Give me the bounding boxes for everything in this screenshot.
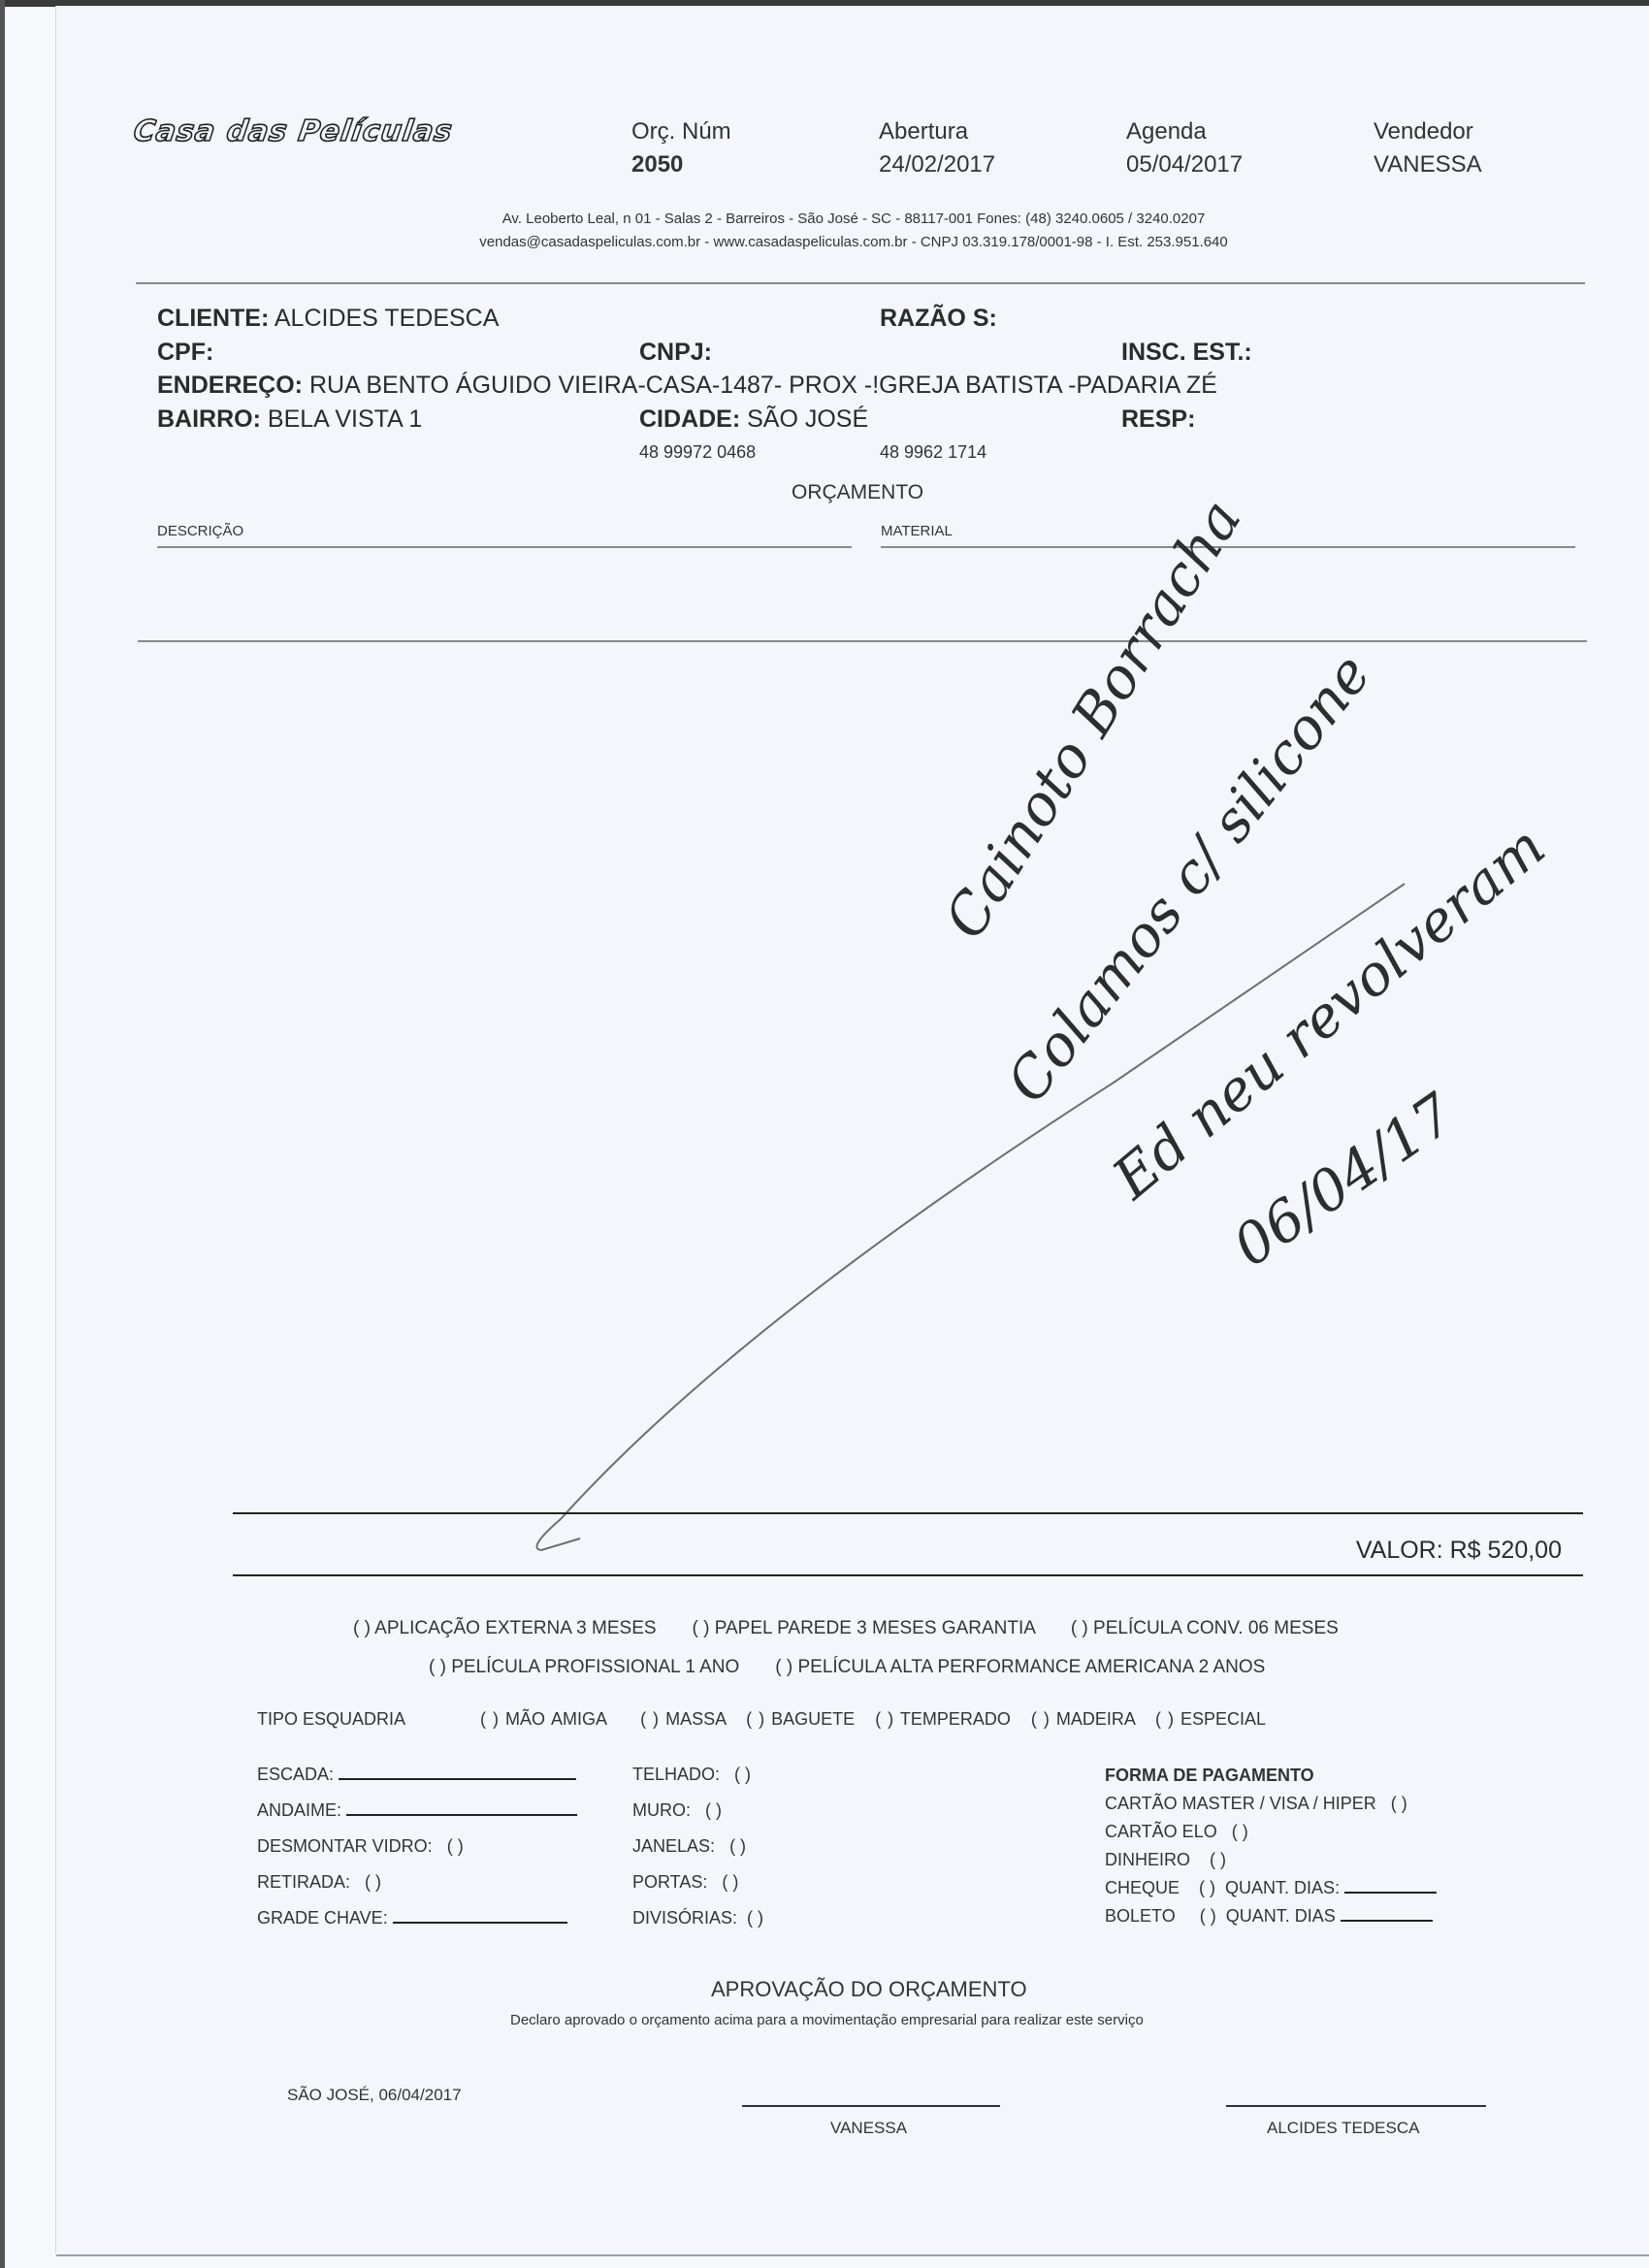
material-label: MATERIAL xyxy=(881,523,953,539)
cnpj-field: CNPJ: xyxy=(639,339,712,367)
valor-bottom-line xyxy=(233,1574,1583,1576)
desmontar-vidro-checkbox[interactable]: ( ) xyxy=(447,1836,464,1856)
resp-field: RESP: xyxy=(1121,405,1195,434)
checkbox-icon[interactable]: ( ) xyxy=(353,1618,371,1638)
service-option[interactable]: ( ) PELÍCULA ALTA PERFORMANCE AMERICANA … xyxy=(775,1657,1265,1677)
valor-amount: R$ 520,00 xyxy=(1450,1537,1562,1564)
telhado-checkbox[interactable]: ( ) xyxy=(734,1765,751,1784)
service-option[interactable]: ( ) PELÍCULA CONV. 06 MESES xyxy=(1071,1618,1339,1638)
checkbox-icon[interactable]: ( ) xyxy=(1391,1794,1407,1813)
divisorias-checkbox[interactable]: ( ) xyxy=(747,1908,763,1928)
checkbox-icon[interactable]: ( ) xyxy=(429,1657,446,1677)
desmontar-vidro-field: DESMONTAR VIDRO: ( ) xyxy=(257,1836,464,1857)
muro-checkbox[interactable]: ( ) xyxy=(705,1800,722,1820)
company-contact: vendas@casadaspeliculas.com.br - www.cas… xyxy=(369,234,1339,250)
cpf-field: CPF: xyxy=(157,339,213,367)
esquadria-option[interactable]: ( ) BAGUETE xyxy=(746,1709,855,1729)
insc-est-field: INSC. EST.: xyxy=(1121,339,1252,367)
descricao-label: DESCRIÇÃO xyxy=(157,523,243,539)
grade-chave-input[interactable] xyxy=(393,1908,567,1924)
company-address: Av. Leoberto Leal, n 01 - Salas 2 - Barr… xyxy=(369,211,1339,227)
esquadria-option[interactable]: ( ) ESPECIAL xyxy=(1155,1709,1266,1729)
agenda-value: 05/04/2017 xyxy=(1126,151,1243,178)
checkbox-icon[interactable]: ( ) xyxy=(775,1657,792,1677)
abertura-value: 24/02/2017 xyxy=(879,151,995,178)
budget-title: ORÇAMENTO xyxy=(792,481,923,504)
payment-option-cheque[interactable]: CHEQUE ( ) QUANT. DIAS: xyxy=(1105,1878,1437,1898)
client-signer-name: ALCIDES TEDESCA xyxy=(1267,2119,1419,2138)
checkbox-icon[interactable]: ( ) xyxy=(1200,1906,1216,1926)
service-option[interactable]: ( ) PELÍCULA PROFISSIONAL 1 ANO xyxy=(429,1657,739,1677)
esquadria-option[interactable]: ( ) MASSA xyxy=(640,1709,726,1729)
valor-top-line xyxy=(233,1512,1583,1514)
vendedor-value: VANESSA xyxy=(1374,151,1482,178)
andaime-input[interactable] xyxy=(346,1800,577,1816)
checkbox-icon[interactable]: ( ) xyxy=(1210,1850,1226,1869)
budget-document: Casa das Películas Orç. Núm 2050 Abertur… xyxy=(56,6,1649,2254)
esquadria-options: ( ) MÃO AMIGA ( ) MASSA ( ) BAGUETE ( ) … xyxy=(480,1709,1266,1730)
janelas-checkbox[interactable]: ( ) xyxy=(729,1836,746,1856)
janelas-field: JANELAS: ( ) xyxy=(632,1836,746,1857)
phone-2: 48 9962 1714 xyxy=(880,442,986,463)
orc-num-label: Orç. Núm xyxy=(631,118,731,146)
descricao-line xyxy=(157,546,852,548)
payment-title: FORMA DE PAGAMENTO xyxy=(1105,1766,1314,1786)
checkbox-icon[interactable]: ( ) xyxy=(1199,1878,1215,1897)
valor-total: VALOR: R$ 520,00 xyxy=(1356,1537,1562,1565)
cliente-field: CLIENTE: ALCIDES TEDESCA xyxy=(157,305,499,333)
endereco-value: RUA BENTO ÁGUIDO VIEIRA-CASA-1487- PROX … xyxy=(309,372,1217,399)
retirada-field: RETIRADA: ( ) xyxy=(257,1872,381,1893)
escada-field: ESCADA: xyxy=(257,1765,576,1785)
telhado-field: TELHADO: ( ) xyxy=(632,1765,751,1785)
service-options-row-1: ( ) APLICAÇÃO EXTERNA 3 MESES ( ) PAPEL … xyxy=(353,1618,1339,1639)
cidade-value: SÃO JOSÉ xyxy=(747,405,868,433)
payment-option-cartao-master[interactable]: CARTÃO MASTER / VISA / HIPER ( ) xyxy=(1105,1794,1407,1814)
abertura-label: Abertura xyxy=(879,118,968,146)
bairro-field: BAIRRO: BELA VISTA 1 xyxy=(157,405,422,434)
client-signature-line[interactable] xyxy=(1226,2105,1486,2107)
cidade-field: CIDADE: SÃO JOSÉ xyxy=(639,405,868,434)
esquadria-option[interactable]: ( ) MÃO AMIGA xyxy=(480,1709,606,1729)
checkbox-icon[interactable]: ( ) xyxy=(1071,1618,1088,1638)
grade-chave-field: GRADE CHAVE: xyxy=(257,1908,567,1928)
payment-option-boleto[interactable]: BOLETO ( ) QUANT. DIAS xyxy=(1105,1906,1433,1927)
seller-signer-name: VANESSA xyxy=(830,2119,907,2138)
retirada-checkbox[interactable]: ( ) xyxy=(365,1872,381,1892)
portas-checkbox[interactable]: ( ) xyxy=(722,1872,738,1892)
razao-field: RAZÃO S: xyxy=(880,305,997,333)
seller-signature-line[interactable] xyxy=(742,2105,1000,2107)
andaime-field: ANDAIME: xyxy=(257,1800,577,1821)
budget-body-divider xyxy=(138,640,1587,642)
header-divider xyxy=(136,282,1585,284)
payment-option-cartao-elo[interactable]: CARTÃO ELO ( ) xyxy=(1105,1822,1248,1842)
cheque-dias-input[interactable] xyxy=(1344,1878,1437,1894)
vendedor-label: Vendedor xyxy=(1374,118,1473,146)
esquadria-option[interactable]: ( ) TEMPERADO xyxy=(875,1709,1011,1729)
service-options-row-2: ( ) PELÍCULA PROFISSIONAL 1 ANO ( ) PELÍ… xyxy=(429,1657,1265,1678)
portas-field: PORTAS: ( ) xyxy=(632,1872,738,1893)
phone-1: 48 99972 0468 xyxy=(639,442,756,463)
service-option[interactable]: ( ) PAPEL PAREDE 3 MESES GARANTIA xyxy=(693,1618,1035,1638)
endereco-field: ENDEREÇO: RUA BENTO ÁGUIDO VIEIRA-CASA-1… xyxy=(157,372,1217,400)
payment-option-dinheiro[interactable]: DINHEIRO ( ) xyxy=(1105,1850,1226,1870)
checkbox-icon[interactable]: ( ) xyxy=(693,1618,710,1638)
orc-num-value: 2050 xyxy=(631,151,683,178)
company-logo: Casa das Películas xyxy=(132,114,455,148)
esquadria-label: TIPO ESQUADRIA xyxy=(257,1709,405,1730)
service-option[interactable]: ( ) APLICAÇÃO EXTERNA 3 MESES xyxy=(353,1618,657,1638)
escada-input[interactable] xyxy=(339,1765,576,1780)
scan-frame-left xyxy=(0,0,5,2268)
place-date: SÃO JOSÉ, 06/04/2017 xyxy=(287,2086,462,2105)
muro-field: MURO: ( ) xyxy=(632,1800,722,1821)
esquadria-option[interactable]: ( ) MADEIRA xyxy=(1031,1709,1135,1729)
agenda-label: Agenda xyxy=(1126,118,1207,146)
divisorias-field: DIVISÓRIAS: ( ) xyxy=(632,1908,763,1928)
checkbox-icon[interactable]: ( ) xyxy=(1232,1822,1248,1841)
approval-title: APROVAÇÃO DO ORÇAMENTO xyxy=(711,1977,1027,2002)
bairro-value: BELA VISTA 1 xyxy=(268,405,422,433)
approval-text: Declaro aprovado o orçamento acima para … xyxy=(510,2012,1144,2028)
boleto-dias-input[interactable] xyxy=(1341,1906,1433,1922)
cliente-value: ALCIDES TEDESCA xyxy=(275,305,500,332)
